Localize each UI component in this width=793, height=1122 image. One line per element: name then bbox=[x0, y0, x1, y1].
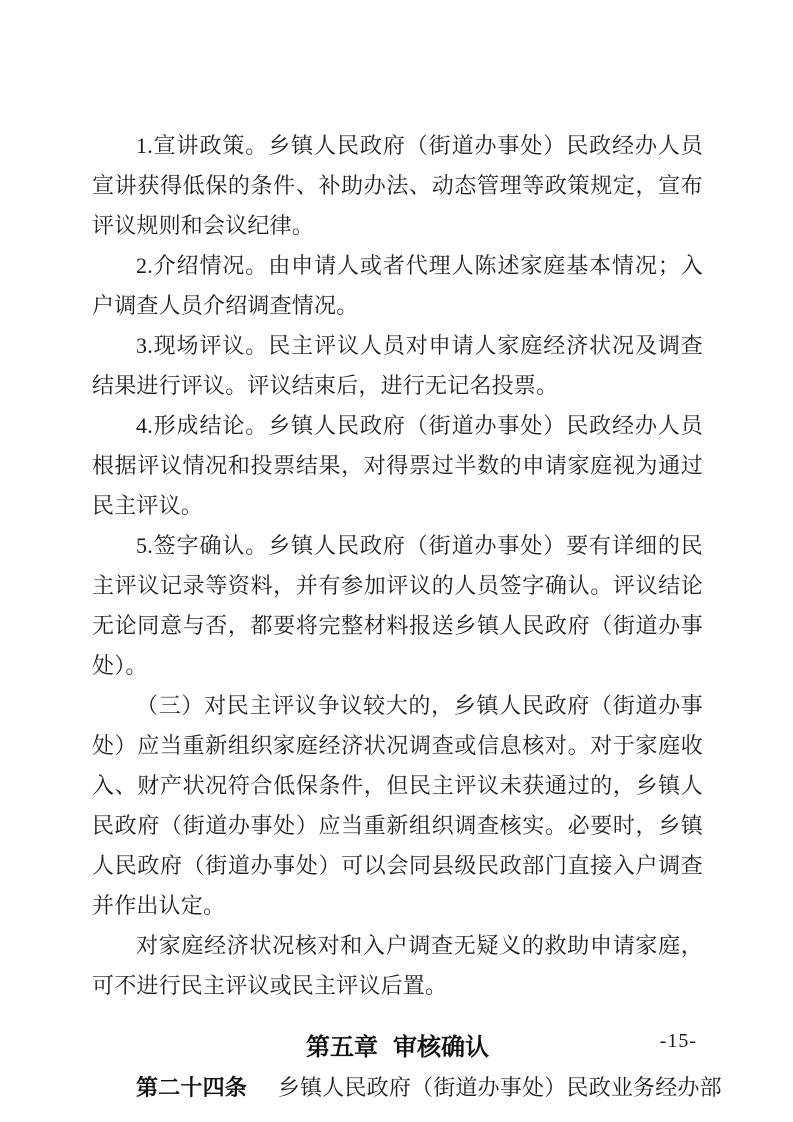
article-24-text: 乡镇人民政府（街道办事处）民政业务经办部 bbox=[278, 1075, 722, 1100]
paragraph-no-review-note: 对家庭经济状况核对和入户调查无疑义的救助申请家庭，可不进行民主评议或民主评议后置… bbox=[92, 926, 703, 1006]
article-24-number: 第二十四条 bbox=[136, 1075, 247, 1100]
paragraph-step-3: 3.现场评议。民主评议人员对申请人家庭经济状况及调查结果进行评议。评议结束后，进… bbox=[92, 326, 703, 406]
paragraph-step-1: 1.宣讲政策。乡镇人民政府（街道办事处）民政经办人员宣讲获得低保的条件、补助办法… bbox=[92, 126, 703, 246]
chapter-heading: 第五章 审核确认 bbox=[92, 1028, 703, 1068]
paragraph-step-4: 4.形成结论。乡镇人民政府（街道办事处）民政经办人员根据评议情况和投票结果，对得… bbox=[92, 406, 703, 526]
document-content: 1.宣讲政策。乡镇人民政府（街道办事处）民政经办人员宣讲获得低保的条件、补助办法… bbox=[92, 126, 703, 1108]
article-24-paragraph: 第二十四条乡镇人民政府（街道办事处）民政业务经办部 bbox=[92, 1068, 703, 1108]
page-number: -15- bbox=[660, 1028, 697, 1054]
paragraph-step-2: 2.介绍情况。由申请人或者代理人陈述家庭基本情况；入户调查人员介绍调查情况。 bbox=[92, 246, 703, 326]
paragraph-item-3: （三）对民主评议争议较大的，乡镇人民政府（街道办事处）应当重新组织家庭经济状况调… bbox=[92, 686, 703, 926]
document-page: 1.宣讲政策。乡镇人民政府（街道办事处）民政经办人员宣讲获得低保的条件、补助办法… bbox=[0, 0, 793, 1122]
paragraph-step-5: 5.签字确认。乡镇人民政府（街道办事处）要有详细的民主评议记录等资料，并有参加评… bbox=[92, 526, 703, 686]
